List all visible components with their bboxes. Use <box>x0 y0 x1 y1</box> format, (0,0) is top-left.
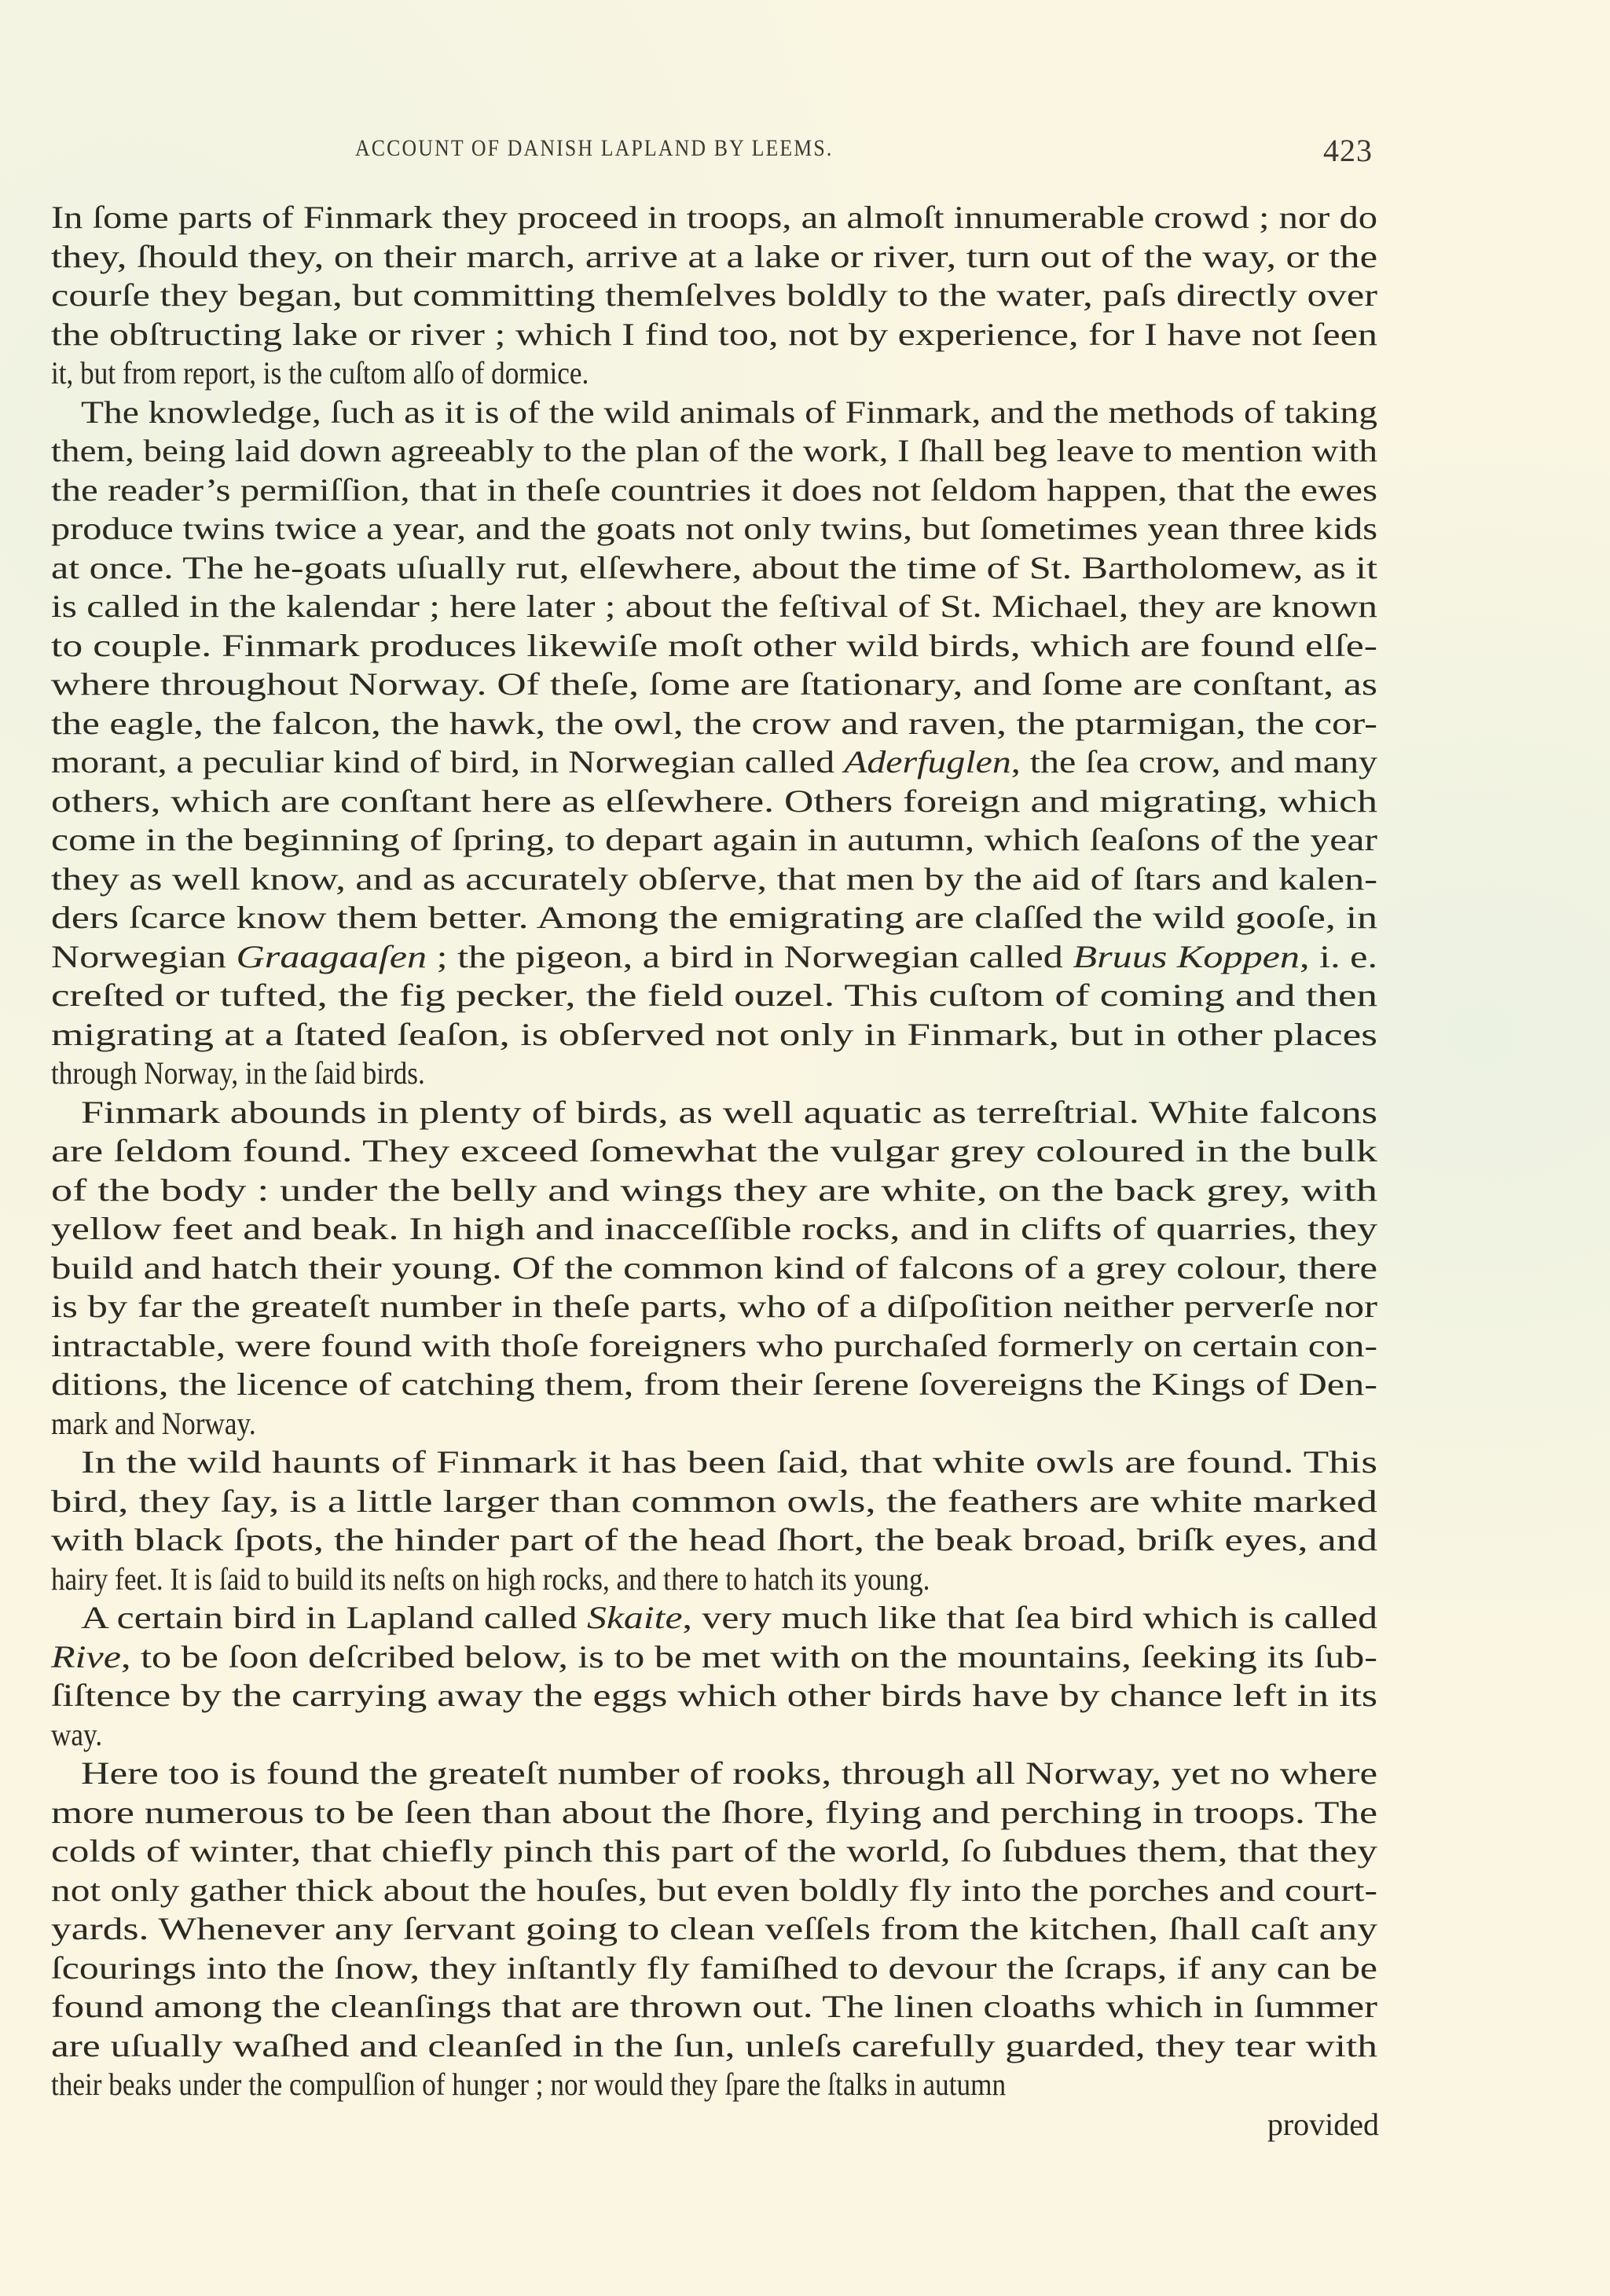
text-line: ſcourings into the ſnow, they inſtantly … <box>51 1949 1377 1988</box>
paragraph: In the wild haunts of Finmark it has bee… <box>51 1443 1377 1598</box>
text-line: yellow feet and beak. In high and inacce… <box>51 1209 1377 1249</box>
text-line: others, which are conſtant here as elſew… <box>51 782 1377 821</box>
text-line: morant, a peculiar kind of bird, in Norw… <box>51 743 1377 782</box>
text-line: build and hatch their young. Of the comm… <box>51 1249 1377 1288</box>
text-line: to couple. Finmark produces likewiſe moſ… <box>51 626 1377 666</box>
text-line: not only gather thick about the houſes, … <box>51 1871 1377 1910</box>
text-line: it, but from report, is the cuſtom alſo … <box>51 354 1377 393</box>
text-line: the eagle, the falcon, the hawk, the owl… <box>51 704 1377 743</box>
paragraph: Here too is found the greateſt number of… <box>51 1754 1377 2104</box>
text-line: through Norway, in the ſaid birds. <box>51 1054 1377 1093</box>
text-line: of the body : under the belly and wings … <box>51 1171 1377 1210</box>
text-line: are uſually waſhed and cleanſed in the ſ… <box>51 2026 1377 2066</box>
running-head: Account of Danish Lapland by Leems. 423 <box>355 135 1377 170</box>
text-line: courſe they began, but committing themſe… <box>51 276 1377 315</box>
text-line: more numerous to be ſeen than about the … <box>51 1793 1377 1832</box>
text-line: come in the beginning of ſpring, to depa… <box>51 820 1377 860</box>
text-line: In ſome parts of Finmark they proceed in… <box>51 198 1377 237</box>
text-line: yards. Whenever any ſervant going to cle… <box>51 1909 1377 1949</box>
catchword: provided <box>1253 2106 1379 2143</box>
text-line: are ſeldom found. They exceed ſomewhat t… <box>51 1131 1377 1171</box>
text-line: bird, they ſay, is a little larger than … <box>51 1482 1377 1521</box>
text-line: intractable, were found with thoſe forei… <box>51 1326 1377 1366</box>
page-number: 423 <box>1323 132 1373 169</box>
paragraph: The knowledge, ſuch as it is of the wild… <box>51 393 1377 1093</box>
body-text: In ſome parts of Finmark they proceed in… <box>51 198 1377 2104</box>
text-line: found among the cleanſings that are thro… <box>51 1987 1377 2026</box>
text-line: way. <box>51 1715 1377 1755</box>
text-line: migrating at a ſtated ſeaſon, is obſerve… <box>51 1015 1377 1054</box>
text-line: the reader’s permiſſion, that in theſe c… <box>51 471 1377 510</box>
text-line: at once. The he-goats uſually rut, elſew… <box>51 548 1377 588</box>
text-line: produce twins twice a year, and the goat… <box>51 509 1377 548</box>
paragraph: Finmark abounds in plenty of birds, as w… <box>51 1093 1377 1443</box>
text-line: A certain bird in Lapland called Skaite,… <box>51 1598 1377 1638</box>
text-line: where throughout Norway. Of theſe, ſome … <box>51 665 1377 704</box>
text-line: creſted or tufted, the fig pecker, the f… <box>51 976 1377 1015</box>
text-line: is by far the greateſt number in theſe p… <box>51 1287 1377 1326</box>
text-line: they, ſhould they, on their march, arriv… <box>51 237 1377 277</box>
text-line: is called in the kalendar ; here later ;… <box>51 587 1377 626</box>
paragraph: In ſome parts of Finmark they proceed in… <box>51 198 1377 393</box>
paragraph: A certain bird in Lapland called Skaite,… <box>51 1598 1377 1754</box>
text-line: the obſtructing lake or river ; which I … <box>51 315 1377 354</box>
text-line: The knowledge, ſuch as it is of the wild… <box>51 393 1377 432</box>
text-line: In the wild haunts of Finmark it has bee… <box>51 1443 1377 1482</box>
text-line: ditions, the licence of catching them, f… <box>51 1365 1377 1404</box>
text-line: them, being laid down agreeably to the p… <box>51 431 1377 471</box>
text-line: Rive, to be ſoon deſcribed below, is to … <box>51 1638 1377 1677</box>
running-title: Account of Danish Lapland by Leems. <box>355 135 833 162</box>
text-line: Norwegian Graagaaſen ; the pigeon, a bir… <box>51 937 1377 977</box>
text-line: they as well know, and as accurately obſ… <box>51 860 1377 899</box>
text-line: ſiſtence by the carrying away the eggs w… <box>51 1676 1377 1715</box>
text-line: their beaks under the compulſion of hung… <box>51 2065 1377 2104</box>
text-line: hairy feet. It is ſaid to build its neſt… <box>51 1560 1377 1599</box>
text-line: Here too is found the greateſt number of… <box>51 1754 1377 1793</box>
text-line: ders ſcarce know them better. Among the … <box>51 898 1377 937</box>
text-line: with black ſpots, the hinder part of the… <box>51 1520 1377 1560</box>
text-line: mark and Norway. <box>51 1404 1377 1443</box>
text-line: Finmark abounds in plenty of birds, as w… <box>51 1093 1377 1132</box>
text-line: colds of winter, that chiefly pinch this… <box>51 1832 1377 1871</box>
